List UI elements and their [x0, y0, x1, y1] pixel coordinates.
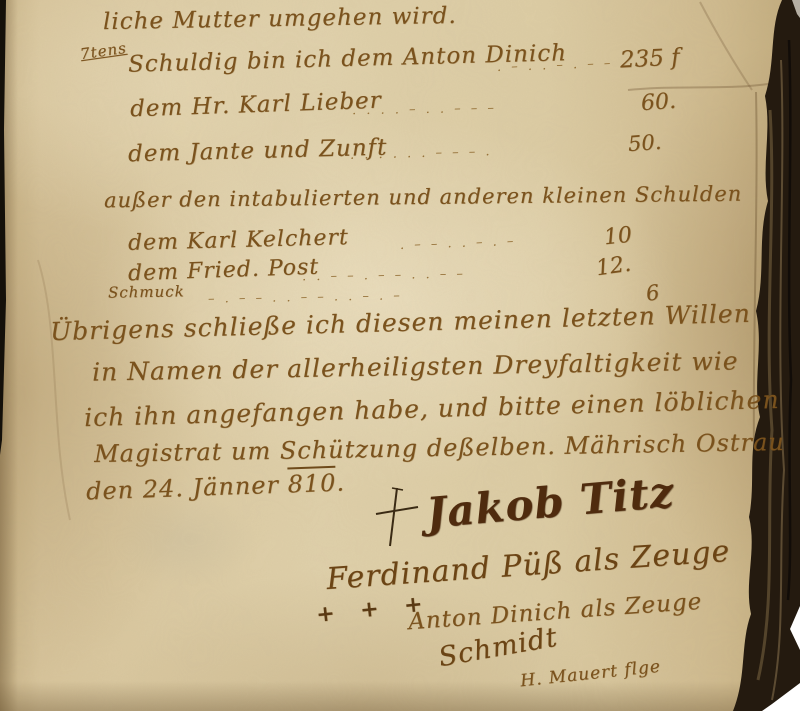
debt-row-leader: . . . . . . – – – .	[350, 144, 493, 163]
debt-row-amount: 60.	[640, 89, 677, 116]
signature-cross-mark	[372, 484, 424, 554]
debt-row-text: Schmuck	[108, 282, 185, 301]
date-suffix: .	[336, 468, 346, 496]
debt-row-text: dem Jante und Zunft	[128, 135, 388, 168]
debt-row-leader: . – . . – . – –	[497, 56, 614, 75]
document-scan: liche Mutter umgehen wird. 7tens Schuldi…	[0, 0, 800, 711]
closing-paragraph-line: ich ihn angefangen habe, und bitte einen…	[84, 385, 780, 432]
debt-row-text: außer den intabulierten und anderen klei…	[104, 182, 742, 213]
closing-paragraph-line: in Namen der allerheiligsten Dreyfaltigk…	[92, 346, 739, 386]
debt-row-leader: . – – . . – . –	[400, 234, 517, 253]
closing-paragraph-line: Magistrat um Schützung deßelben. Mährisc…	[94, 428, 785, 468]
official-note: H. Mauert flge	[519, 657, 662, 692]
opening-line: liche Mutter umgehen wird.	[103, 3, 457, 35]
date-prefix: den 24. Jänner	[86, 471, 280, 506]
date-year: 810	[287, 466, 337, 499]
debt-row-amount: 50.	[627, 130, 662, 156]
item-marker: 7tens	[79, 39, 128, 63]
debt-row-leader: – . – – . . – – . . – . –	[208, 288, 403, 306]
testator-signature: Jakob Titz	[424, 467, 676, 537]
debt-row-text: dem Fried. Post	[128, 255, 320, 287]
debt-row-amount: 12.	[594, 252, 632, 282]
debt-row-amount: 10	[603, 223, 633, 251]
debt-row-text: dem Hr. Karl Lieber	[130, 88, 382, 123]
closing-paragraph-line: Übrigens schließe ich diesen meinen letz…	[50, 299, 751, 346]
debt-row-amount: 235 f	[619, 44, 680, 73]
handwriting-layer: liche Mutter umgehen wird. 7tens Schuldi…	[0, 0, 800, 711]
debt-row-leader: . . . . – . . – – –	[352, 101, 497, 119]
date-line: den 24. Jänner 810.	[86, 468, 346, 505]
debt-row-text: dem Karl Kelchert	[128, 225, 349, 256]
debt-row-leader: . . – – . – – . . – –	[302, 267, 466, 285]
